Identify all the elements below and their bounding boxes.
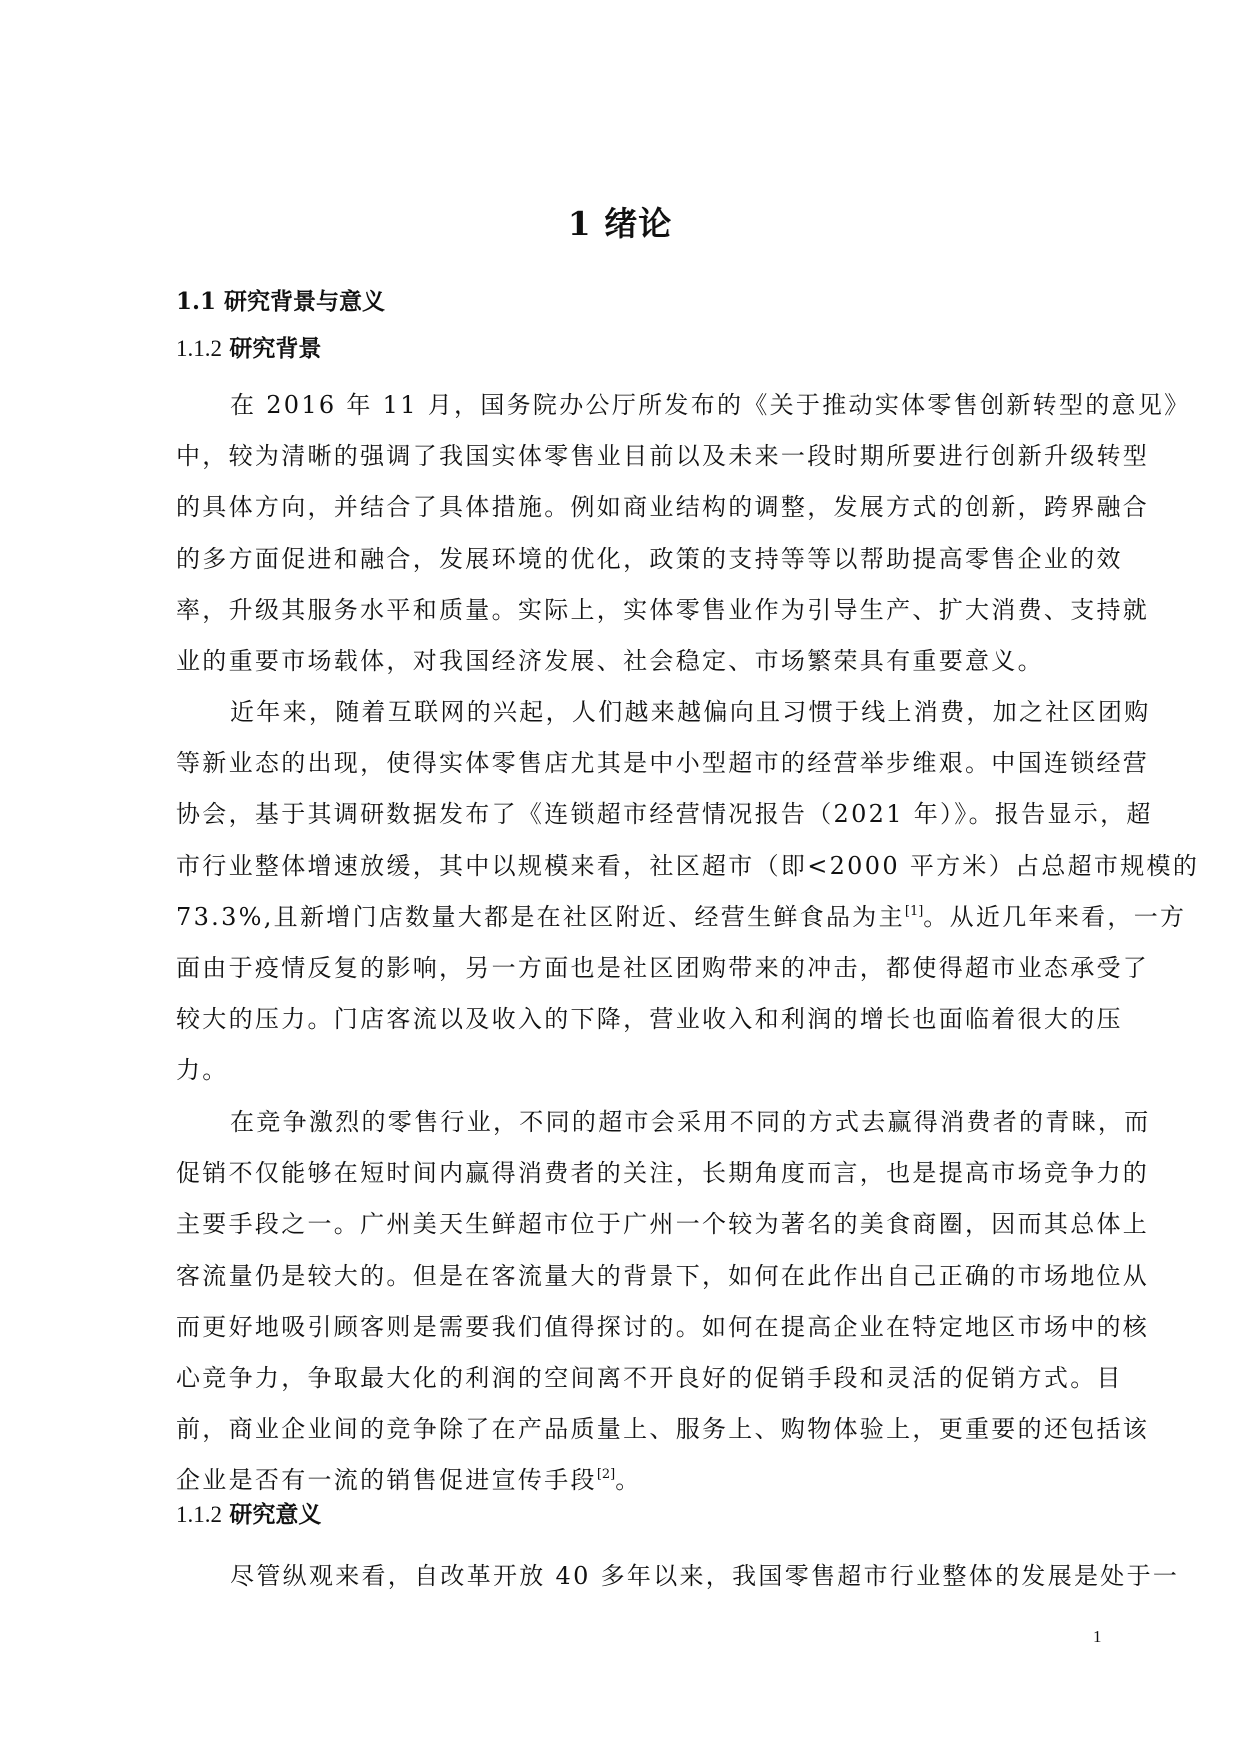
text-line: 面由于疫情反复的影响，另一方面也是社区团购带来的冲击，都使得超市业态承受了 [176, 943, 1094, 994]
text-line: 企业是否有一流的销售促进宣传手段[2]。 [176, 1455, 1094, 1506]
text-line: 力。 [176, 1045, 1094, 1096]
citation-1[interactable]: [1] [905, 904, 923, 919]
text-line: 中，较为清晰的强调了我国实体零售业目前以及未来一段时期所要进行创新升级转型 [176, 431, 1094, 482]
text-line: 在竞争激烈的零售行业，不同的超市会采用不同的方式去赢得消费者的青睐，而 [176, 1097, 1094, 1148]
text-line: 心竞争力，争取最大化的利润的空间离不开良好的促销手段和灵活的促销方式。目 [176, 1353, 1094, 1404]
text-line: 率，升级其服务水平和质量。实际上，实体零售业作为引导生产、扩大消费、支持就 [176, 585, 1094, 636]
subsection-number: 1.1.2 [176, 336, 222, 361]
subsection-title: 研究意义 [229, 1501, 321, 1528]
text-line: 较大的压力。门店客流以及收入的下降，营业收入和利润的增长也面临着很大的压 [176, 994, 1094, 1045]
text-line: 市行业整体增速放缓，其中以规模来看，社区超市（即<2000 平方米）占总超市规模… [176, 841, 1094, 892]
text-line: 前，商业企业间的竞争除了在产品质量上、服务上、购物体验上，更重要的还包括该 [176, 1404, 1094, 1455]
text-line: 主要手段之一。广州美天生鲜超市位于广州一个较为著名的美食商圈，因而其总体上 [176, 1199, 1094, 1250]
chapter-title: 1 绪论 [0, 204, 1240, 244]
section-heading: 1.1 研究背景与意义 [176, 287, 385, 317]
subsection-number: 1.1.2 [176, 1502, 222, 1527]
citation-2[interactable]: [2] [597, 1467, 615, 1482]
text-line: 73.3%,且新增门店数量大都是在社区附近、经营生鲜食品为主[1]。从近几年来看… [176, 892, 1094, 943]
paragraph-industry-situation: 近年来，随着互联网的兴起，人们越来越偏向且习惯于线上消费，加之社区团购 等新业态… [176, 687, 1094, 1097]
text-line: 等新业态的出现，使得实体零售店尤其是中小型超市的经营举步维艰。中国连锁经营 [176, 738, 1094, 789]
paragraph-research-significance: 尽管纵观来看，自改革开放 40 多年以来，我国零售超市行业整体的发展是处于一 [176, 1551, 1094, 1602]
text-line: 尽管纵观来看，自改革开放 40 多年以来，我国零售超市行业整体的发展是处于一 [176, 1551, 1094, 1602]
text-line: 在 2016 年 11 月，国务院办公厅所发布的《关于推动实体零售创新转型的意见… [176, 380, 1094, 431]
page-number: 1 [1093, 1627, 1102, 1647]
text-line: 促销不仅能够在短时间内赢得消费者的关注，长期角度而言，也是提高市场竞争力的 [176, 1148, 1094, 1199]
paragraph-promotion-competition: 在竞争激烈的零售行业，不同的超市会采用不同的方式去赢得消费者的青睐，而 促销不仅… [176, 1097, 1094, 1507]
document-page: 1 绪论 1.1 研究背景与意义 1.1.2 研究背景 在 2016 年 11 … [0, 0, 1240, 1754]
text-line: 近年来，随着互联网的兴起，人们越来越偏向且习惯于线上消费，加之社区团购 [176, 687, 1094, 738]
text-line: 业的重要市场载体，对我国经济发展、社会稳定、市场繁荣具有重要意义。 [176, 636, 1094, 687]
subsection-heading-background: 1.1.2 研究背景 [176, 334, 321, 364]
text-line: 协会，基于其调研数据发布了《连锁超市经营情况报告（2021 年）》。报告显示，超 [176, 789, 1094, 840]
text-line: 而更好地吸引顾客则是需要我们值得探讨的。如何在提高企业在特定地区市场中的核 [176, 1302, 1094, 1353]
paragraph-policy-background: 在 2016 年 11 月，国务院办公厅所发布的《关于推动实体零售创新转型的意见… [176, 380, 1094, 687]
subsection-title: 研究背景 [229, 335, 321, 362]
section-heading-text: 1.1 研究背景与意义 [176, 288, 385, 315]
text-line: 客流量仍是较大的。但是在客流量大的背景下，如何在此作出自己正确的市场地位从 [176, 1251, 1094, 1302]
text-line: 的多方面促进和融合，发展环境的优化，政策的支持等等以帮助提高零售企业的效 [176, 534, 1094, 585]
text-line: 的具体方向，并结合了具体措施。例如商业结构的调整，发展方式的创新，跨界融合 [176, 482, 1094, 533]
subsection-heading-significance: 1.1.2 研究意义 [176, 1500, 321, 1530]
